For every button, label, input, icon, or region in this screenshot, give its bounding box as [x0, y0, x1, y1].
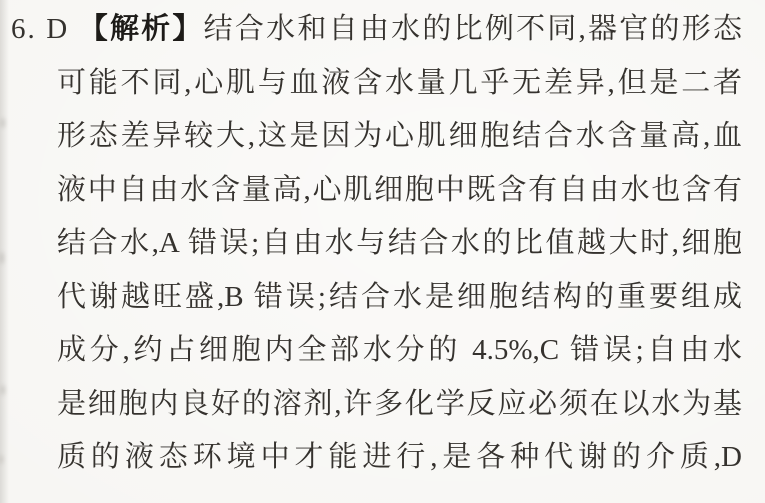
explanation-line-5: 结合水,A 错误;自由水与结合水的比值越大时,细胞	[57, 217, 742, 271]
explanation-line-8: 是细胞内良好的溶剂,许多化学反应必须在以水为基	[57, 378, 742, 432]
scan-smudge	[0, 455, 3, 464]
explanation-line-2: 可能不同,心肌与血液含水量几乎无差异,但是二者	[57, 57, 742, 111]
question-number: 6.	[11, 13, 37, 45]
scan-smudge	[0, 252, 4, 264]
explanation-line-9: 质的液态环境中才能进行,是各种代谢的介质,D	[57, 431, 742, 485]
scan-smudge	[1, 385, 5, 395]
answer-line-1: 6. D 【解析】结合水和自由水的比例不同,器官的形态	[11, 3, 742, 57]
scanned-answer-page: 6. D 【解析】结合水和自由水的比例不同,器官的形态 可能不同,心肌与血液含水…	[0, 0, 765, 503]
explanation-line-4: 液中自由水含量高,心肌细胞中既含有自由水也含有	[57, 164, 742, 218]
scan-smudge	[1, 118, 5, 128]
explanation-line-6: 代谢越旺盛,B 错误;结合水是细胞结构的重要组成	[57, 271, 742, 325]
explanation-line-7: 成分,约占细胞内全部水分的 4.5%,C 错误;自由水	[57, 324, 742, 378]
explanation-line-3: 形态差异较大,这是因为心肌细胞结合水含量高,血	[57, 110, 742, 164]
analysis-section-label: 【解析】	[79, 13, 204, 45]
explanation-text: 结合水和自由水的比例不同,器官的形态	[204, 13, 742, 45]
answer-explanation-paragraph: 6. D 【解析】结合水和自由水的比例不同,器官的形态 可能不同,心肌与血液含水…	[11, 3, 742, 485]
answer-letter: D	[46, 13, 69, 45]
